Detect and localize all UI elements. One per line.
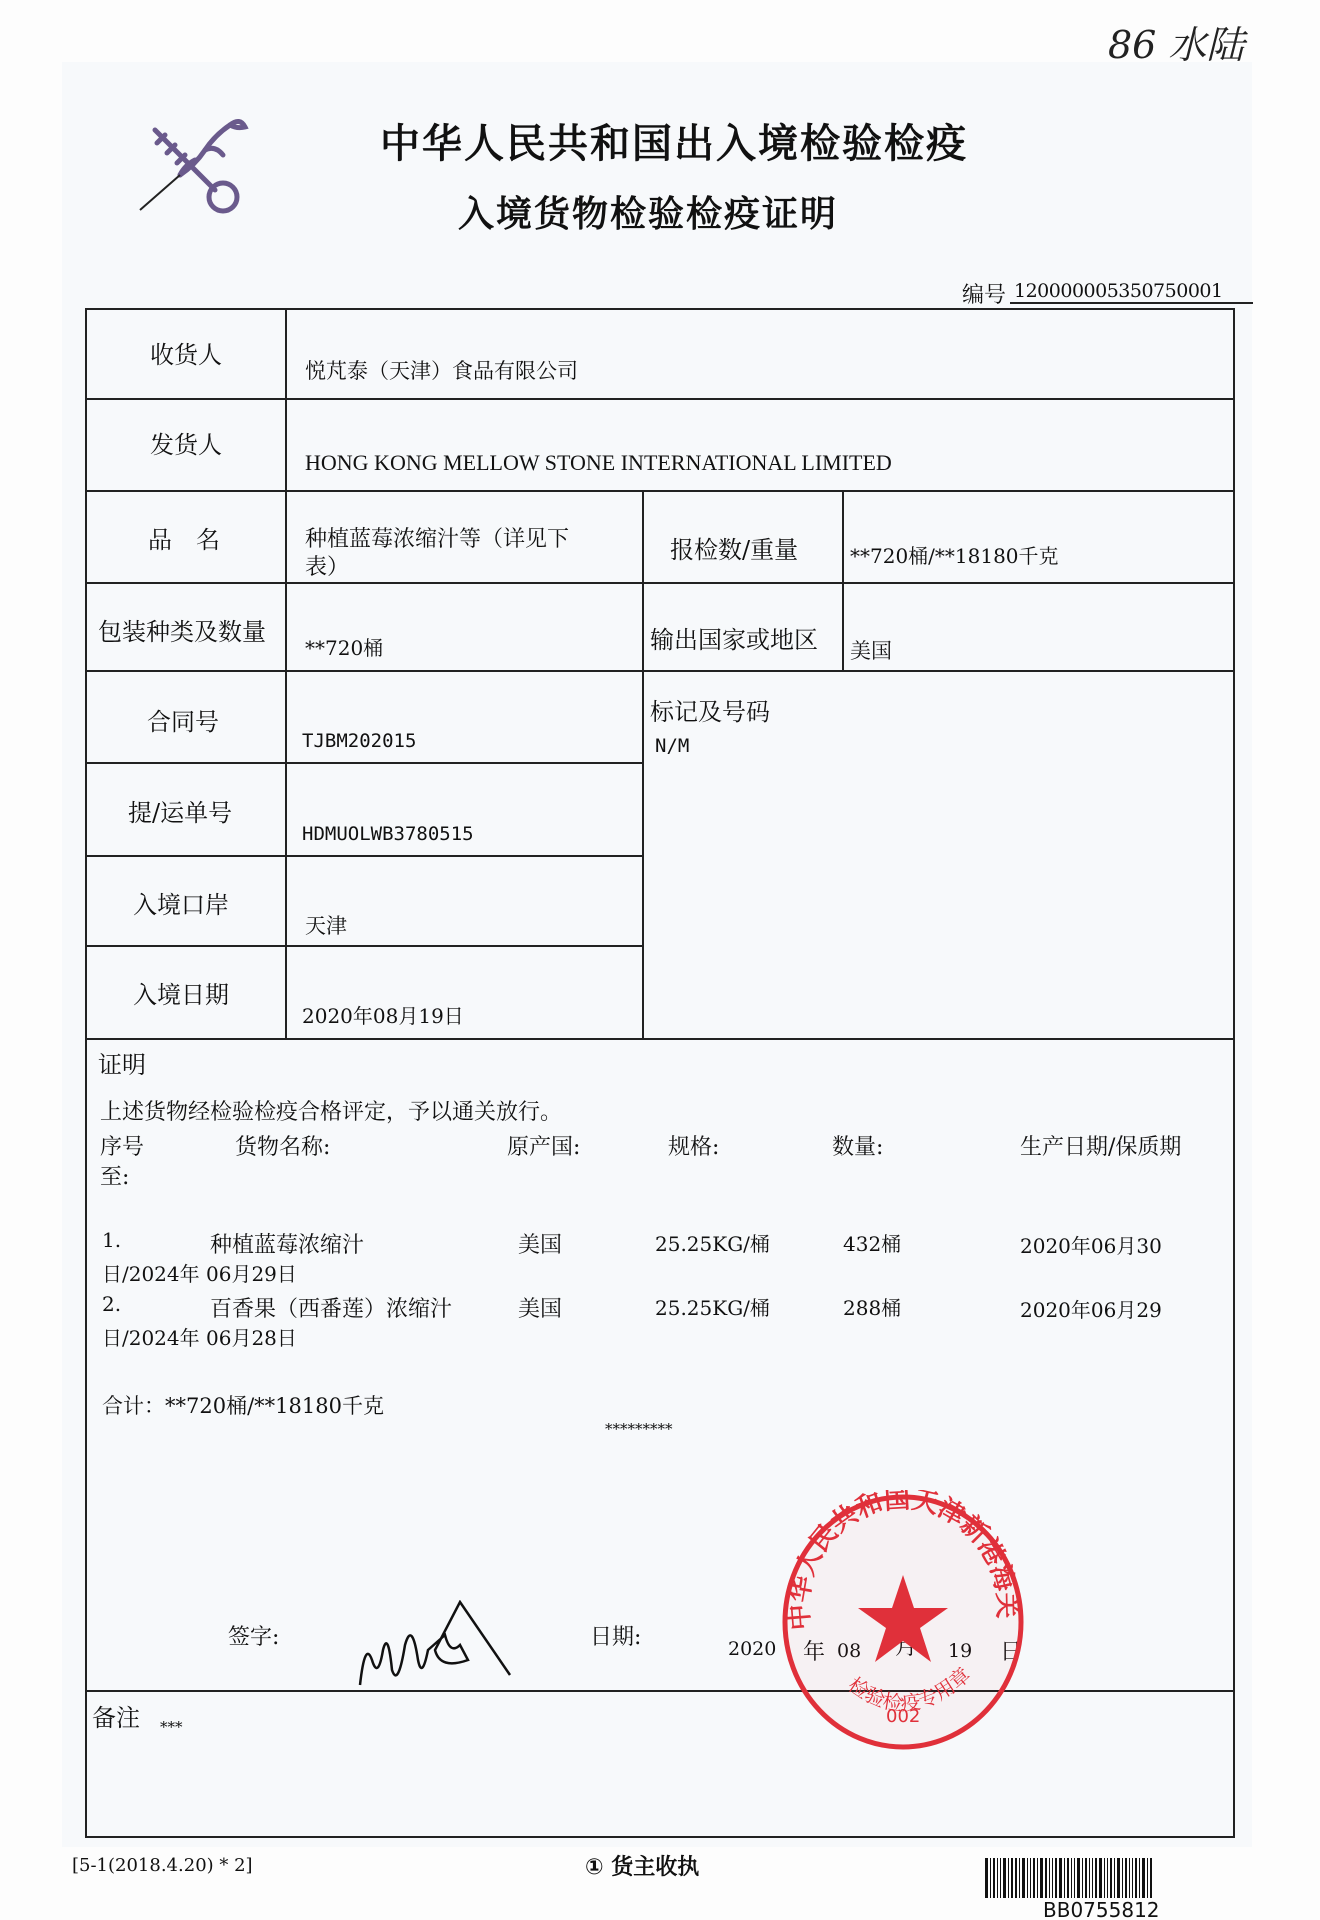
entry-date-label: 入境日期 <box>133 975 229 1010</box>
stamp-code: 002 <box>886 1706 920 1727</box>
consignor-label: 发货人 <box>150 425 222 460</box>
bill-of-lading-label: 提/运单号 <box>128 793 232 828</box>
goods-row-no: 2. <box>102 1292 121 1316</box>
goods-row-origin: 美国 <box>518 1228 562 1259</box>
end-marker: ********* <box>605 1420 673 1438</box>
marks-value: N/M <box>655 735 689 757</box>
column-header-quantity: 数量: <box>832 1130 883 1161</box>
signature-label: 签字: <box>228 1620 279 1651</box>
goods-row-date-line1: 2020年06月30 <box>1020 1230 1162 1259</box>
packing-value: **720桶 <box>305 632 383 661</box>
goods-row-origin: 美国 <box>518 1292 562 1323</box>
entry-port-label: 入境口岸 <box>133 885 229 920</box>
certificate-statement: 上述货物经检验检疫合格评定，予以通关放行。 <box>100 1095 562 1126</box>
handwritten-note: 86 水陆 <box>1108 14 1244 69</box>
barcode-number: BB0755812 <box>1043 1898 1160 1920</box>
copy-designation: ① 货主收执 <box>585 1850 699 1881</box>
consignee-value: 悦芃泰（天津）食品有限公司 <box>305 355 578 385</box>
goods-row-name: 百香果（西番莲）浓缩汁 <box>210 1292 452 1323</box>
signature-scribble <box>350 1600 520 1690</box>
sign-date-year: 2020 <box>728 1638 776 1660</box>
column-header-wrap: 至: <box>100 1160 129 1191</box>
goods-row-spec: 25.25KG/桶 <box>655 1228 770 1257</box>
serial-number-label: 编号 <box>962 278 1006 309</box>
goods-row-spec: 25.25KG/桶 <box>655 1292 770 1321</box>
serial-number-value: 120000005350750001 <box>1010 280 1253 304</box>
goods-row-name: 种植蓝莓浓缩汁 <box>210 1228 364 1259</box>
goods-row-date-line2: 日/2024年 06月29日 <box>102 1258 297 1287</box>
certificate-heading: 证明 <box>98 1045 146 1080</box>
column-header-goods-name: 货物名称: <box>235 1130 330 1161</box>
official-seal-stamp: 中华人民共和国天津新港海关 检验检疫专用章 002 <box>778 1490 1028 1755</box>
declared-quantity-label: 报检数/重量 <box>670 530 798 565</box>
declared-quantity-value: **720桶/**18180千克 <box>850 540 1059 569</box>
export-country-value: 美国 <box>850 635 892 665</box>
goods-row-date-line1: 2020年06月29 <box>1020 1294 1162 1323</box>
column-header-no: 序号 <box>100 1130 144 1161</box>
entry-date-value: 2020年08月19日 <box>302 1000 464 1029</box>
remarks-label: 备注 <box>92 1698 140 1733</box>
form-code: [5-1(2018.4.20) * 2] <box>72 1855 253 1876</box>
export-country-label: 输出国家或地区 <box>650 620 818 655</box>
goods-row-no: 1. <box>102 1228 121 1252</box>
product-name-value-line2: 表） <box>305 550 349 581</box>
certificate-table <box>85 308 1235 1838</box>
date-label: 日期: <box>590 1620 641 1651</box>
contract-number-label: 合同号 <box>147 702 219 737</box>
document-title-primary: 中华人民共和国出入境检验检疫 <box>380 112 968 169</box>
consignee-label: 收货人 <box>150 335 222 370</box>
packing-label: 包装种类及数量 <box>98 612 266 647</box>
marks-label: 标记及号码 <box>650 692 770 727</box>
barcode <box>985 1858 1220 1898</box>
column-header-production-date: 生产日期/保质期 <box>1020 1130 1181 1161</box>
goods-row-quantity: 432桶 <box>843 1228 901 1257</box>
consignor-value: HONG KONG MELLOW STONE INTERNATIONAL LIM… <box>305 450 892 476</box>
column-header-origin: 原产国: <box>507 1130 580 1161</box>
document-title-secondary: 入境货物检验检疫证明 <box>458 186 838 237</box>
column-header-spec: 规格: <box>668 1130 719 1161</box>
product-name-value-line1: 种植蓝莓浓缩汁等（详见下 <box>305 522 569 553</box>
product-name-label: 品 名 <box>148 520 220 555</box>
entry-port-value: 天津 <box>305 910 347 940</box>
goods-row-date-line2: 日/2024年 06月28日 <box>102 1322 297 1351</box>
customs-emblem-icon <box>135 105 255 225</box>
goods-row-quantity: 288桶 <box>843 1292 901 1321</box>
total-summary: 合计：**720桶/**18180千克 <box>102 1390 384 1420</box>
remarks-value: *** <box>160 1718 183 1736</box>
contract-number-value: TJBM202015 <box>302 730 416 752</box>
bill-of-lading-value: HDMUOLWB3780515 <box>302 823 474 845</box>
